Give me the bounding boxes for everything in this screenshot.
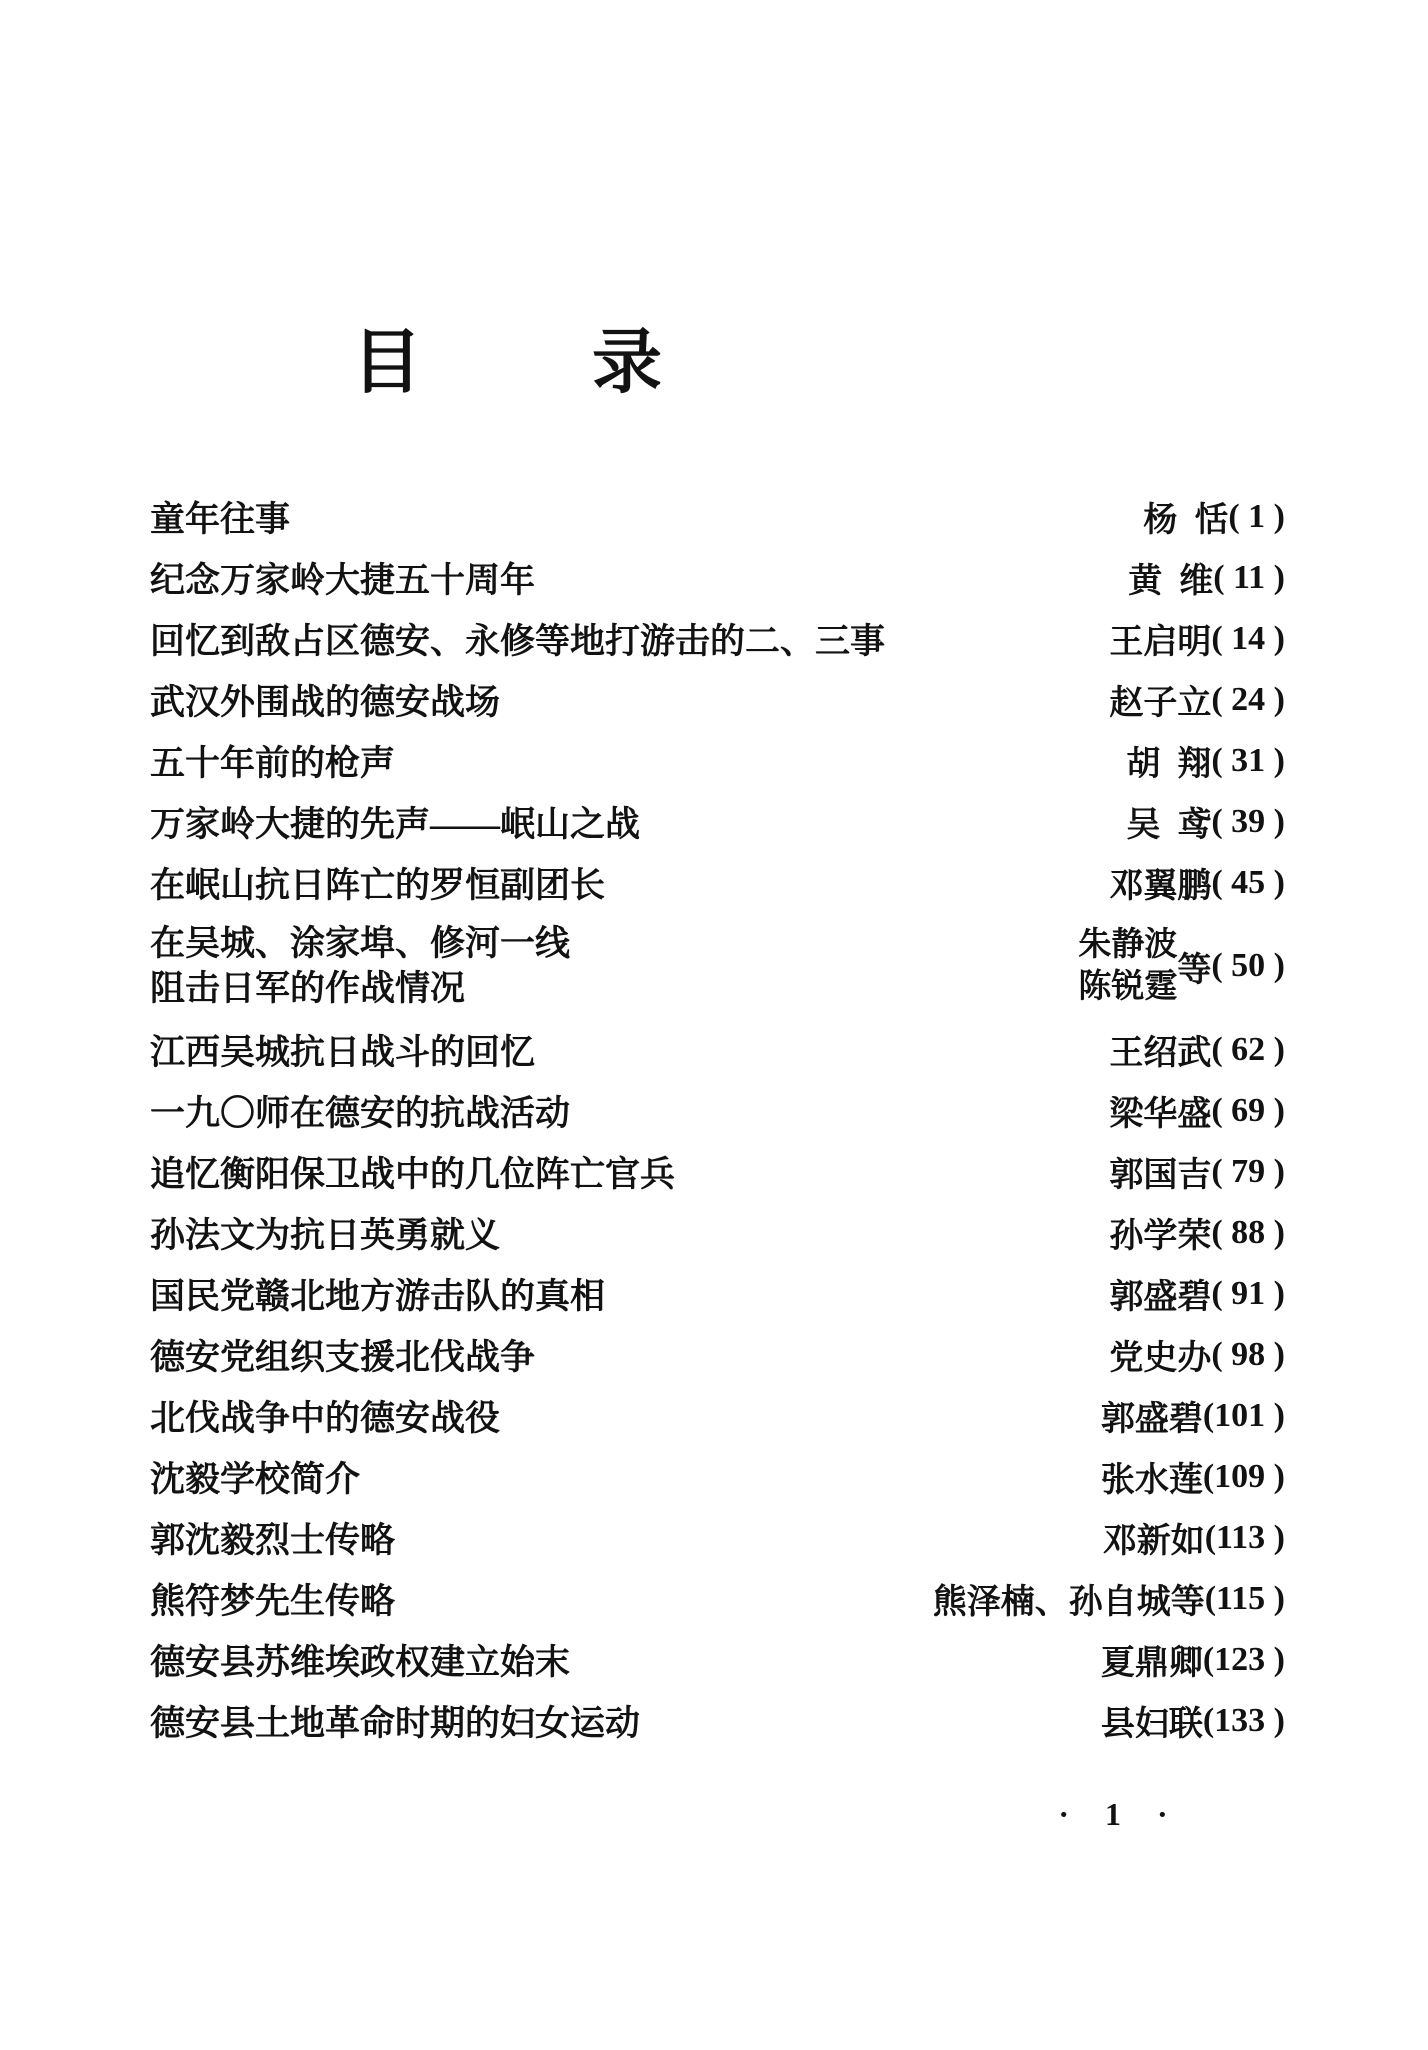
entry-author-suffix: 等 — [1177, 942, 1211, 991]
entry-title: 追忆衡阳保卫战中的几位阵亡官兵 — [150, 1147, 675, 1197]
toc-entry-two-line: 在吴城、涂家埠、修河一线阻击日军的作战情况 朱静波 陈锐霆 等 ( 50 ) — [150, 913, 1285, 1019]
entry-title: 江西吴城抗日战斗的回忆 — [150, 1025, 535, 1075]
toc-entry: 纪念万家岭大捷五十周年 黄 维( 11 ) — [150, 547, 1285, 608]
entry-page: ( 1 ) — [1228, 498, 1285, 536]
entry-author: 夏鼎卿 — [1101, 1635, 1203, 1684]
entry-author: 孙学荣 — [1109, 1208, 1211, 1257]
toc-entry: 德安县土地革命时期的妇女运动 县妇联(133 ) — [150, 1690, 1285, 1751]
entry-author: 吴 鸢 — [1126, 797, 1211, 846]
entry-title: 孙法文为抗日英勇就义 — [150, 1208, 500, 1258]
page-title-char-left: 目 — [352, 328, 424, 400]
entry-page: ( 88 ) — [1211, 1214, 1285, 1252]
entry-page: ( 91 ) — [1211, 1275, 1285, 1313]
entry-title: 郭沈毅烈士传略 — [150, 1513, 395, 1563]
toc-entry: 国民党赣北地方游击队的真相 郭盛碧( 91 ) — [150, 1263, 1285, 1324]
entry-author: 邓新如 — [1103, 1513, 1205, 1562]
entry-author: 郭盛碧 — [1101, 1391, 1203, 1440]
toc-entry: 沈毅学校简介 张水莲(109 ) — [150, 1446, 1285, 1507]
entry-page: ( 39 ) — [1211, 803, 1285, 841]
entry-page: (115 ) — [1205, 1580, 1285, 1618]
toc-entry: 江西吴城抗日战斗的回忆 王绍武( 62 ) — [150, 1019, 1285, 1080]
entry-page: (133 ) — [1203, 1702, 1285, 1740]
toc-list: 童年往事 杨 恬( 1 ) 纪念万家岭大捷五十周年 黄 维( 11 ) 回忆到敌… — [150, 486, 1285, 1751]
toc-entry: 北伐战争中的德安战役 郭盛碧(101 ) — [150, 1385, 1285, 1446]
entry-title: 回忆到敌占区德安、永修等地打游击的二、三事 — [150, 614, 885, 664]
entry-author: 熊泽楠、孙自城等 — [933, 1574, 1205, 1623]
entry-title: 北伐战争中的德安战役 — [150, 1391, 500, 1441]
toc-entry: 五十年前的枪声 胡 翔( 31 ) — [150, 730, 1285, 791]
entry-author: 邓翼鹏 — [1109, 858, 1211, 907]
entry-author: 郭国吉 — [1109, 1147, 1211, 1196]
entry-title: 国民党赣北地方游击队的真相 — [150, 1269, 605, 1319]
entry-page: ( 62 ) — [1211, 1031, 1285, 1069]
entry-title: 熊符梦先生传略 — [150, 1574, 395, 1624]
entry-author: 胡 翔 — [1126, 736, 1211, 785]
toc-entry: 童年往事 杨 恬( 1 ) — [150, 486, 1285, 547]
toc-entry: 一九〇师在德安的抗战活动 梁华盛( 69 ) — [150, 1080, 1285, 1141]
page-title: 目 录 — [352, 328, 1428, 400]
entry-author: 张水莲 — [1101, 1452, 1203, 1501]
entry-page: ( 45 ) — [1211, 864, 1285, 902]
entry-author: 县妇联 — [1101, 1696, 1203, 1745]
entry-author: 朱静波 — [1078, 924, 1177, 966]
entry-title: 武汉外围战的德安战场 — [150, 675, 500, 725]
entry-author-stack: 朱静波 陈锐霆 — [1078, 924, 1177, 1008]
entry-page: ( 24 ) — [1211, 681, 1285, 719]
toc-entry: 万家岭大捷的先声——岷山之战 吴 鸢( 39 ) — [150, 791, 1285, 852]
entry-author: 杨 恬 — [1143, 492, 1228, 541]
toc-entry: 回忆到敌占区德安、永修等地打游击的二、三事 王启明( 14 ) — [150, 608, 1285, 669]
toc-entry: 德安党组织支援北伐战争 党史办( 98 ) — [150, 1324, 1285, 1385]
entry-title: 德安县苏维埃政权建立始末 — [150, 1635, 570, 1685]
entry-page: ( 98 ) — [1211, 1336, 1285, 1374]
entry-page: (101 ) — [1203, 1397, 1285, 1435]
entry-page: ( 31 ) — [1211, 742, 1285, 780]
entry-author: 郭盛碧 — [1109, 1269, 1211, 1318]
toc-entry: 郭沈毅烈士传略 邓新如(113 ) — [150, 1507, 1285, 1568]
entry-author: 王启明 — [1109, 614, 1211, 663]
entry-author: 王绍武 — [1109, 1025, 1211, 1074]
entry-author: 梁华盛 — [1109, 1086, 1211, 1135]
entry-page: (113 ) — [1205, 1519, 1285, 1557]
toc-entry: 熊符梦先生传略 熊泽楠、孙自城等(115 ) — [150, 1568, 1285, 1629]
entry-title-line2: 阻击日军的作战情况 — [150, 969, 465, 1008]
entry-author: 黄 维 — [1128, 553, 1213, 602]
entry-page: (109 ) — [1203, 1458, 1285, 1496]
toc-entry: 在岷山抗日阵亡的罗恒副团长 邓翼鹏( 45 ) — [150, 852, 1285, 913]
entry-title: 在岷山抗日阵亡的罗恒副团长 — [150, 858, 605, 908]
entry-author: 陈锐霆 — [1078, 966, 1177, 1008]
toc-entry: 德安县苏维埃政权建立始末 夏鼎卿(123 ) — [150, 1629, 1285, 1690]
toc-page: 目 录 童年往事 杨 恬( 1 ) 纪念万家岭大捷五十周年 黄 维( 11 ) … — [0, 0, 1428, 2050]
entry-author: 党史办 — [1109, 1330, 1211, 1379]
page-number: · 1 · — [1040, 1796, 1200, 1833]
entry-title-line1: 在吴城、涂家埠、修河一线 — [150, 924, 570, 963]
entry-title: 纪念万家岭大捷五十周年 — [150, 553, 535, 603]
entry-page: ( 11 ) — [1213, 559, 1285, 597]
entry-title: 一九〇师在德安的抗战活动 — [150, 1086, 570, 1136]
entry-title: 沈毅学校简介 — [150, 1452, 360, 1502]
entry-page: (123 ) — [1203, 1641, 1285, 1679]
entry-title: 童年往事 — [150, 492, 290, 542]
entry-title: 五十年前的枪声 — [150, 736, 395, 786]
toc-entry: 孙法文为抗日英勇就义 孙学荣( 88 ) — [150, 1202, 1285, 1263]
entry-author: 赵子立 — [1109, 675, 1211, 724]
entry-page: ( 50 ) — [1211, 947, 1285, 985]
page-title-char-right: 录 — [592, 328, 664, 400]
toc-entry: 追忆衡阳保卫战中的几位阵亡官兵 郭国吉( 79 ) — [150, 1141, 1285, 1202]
entry-page: ( 79 ) — [1211, 1153, 1285, 1191]
toc-entry: 武汉外围战的德安战场 赵子立( 24 ) — [150, 669, 1285, 730]
entry-title: 德安县土地革命时期的妇女运动 — [150, 1696, 640, 1746]
entry-title: 德安党组织支援北伐战争 — [150, 1330, 535, 1380]
entry-page: ( 14 ) — [1211, 620, 1285, 658]
entry-page: ( 69 ) — [1211, 1092, 1285, 1130]
entry-title: 万家岭大捷的先声——岷山之战 — [150, 797, 640, 847]
entry-title: 在吴城、涂家埠、修河一线阻击日军的作战情况 — [150, 921, 570, 1011]
